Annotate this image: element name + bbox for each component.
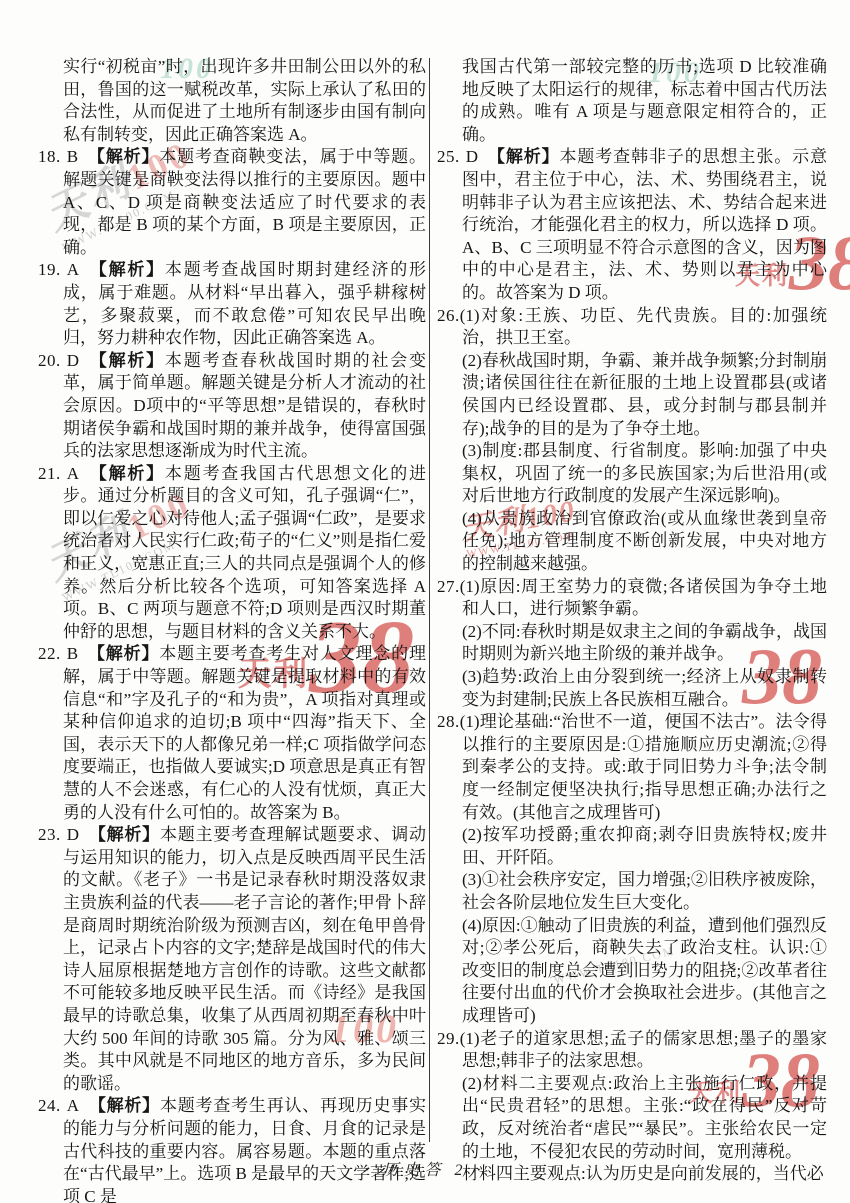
analysis-label: 【解析】 <box>487 147 559 166</box>
answer-item-25: 25.D【解析】本题考查韩非子的思想主张。示意图中，君主位于中心，法、术、势围绕… <box>437 146 827 304</box>
answer-item-23: 23.D【解析】本题主要考查理解试题要求、调动与运用知识的能力，切入点是反映西周… <box>38 824 426 1095</box>
analysis-label: 【解析】 <box>88 1096 160 1115</box>
analysis-text: 本题主要考查考生对人文理念的理解，属于中等题。解题关键是提取材料中的有效信息“和… <box>63 644 426 821</box>
answer-text: (1)对象:王族、功臣、先代贵族。目的:加强统治，拱卫王室。 <box>460 306 827 348</box>
answer-sub-paragraph: (2)不同:春秋时期是奴隶主之间的争霸战争，战国时期则为新兴地主阶级的兼并战争。 <box>437 621 827 666</box>
analysis-text: 本题主要考查理解试题要求、调动与运用知识的能力，切入点是反映西周平民生活的文献。… <box>63 825 426 1093</box>
question-number: 27. <box>437 577 460 596</box>
answer-sub-paragraph: 29.(1)老子的道家思想;孟子的儒家思想;墨子的墨家思想;韩非子的法家思想。 <box>437 1028 827 1073</box>
question-number: 29. <box>437 1029 460 1048</box>
answer-sub-paragraph: (2)材料二主要观点:政治上主张施行仁政，并提出“民贵君轻”的思想。主张:“政在… <box>437 1073 827 1163</box>
answer-item-28: 28.(1)理论基础:“治世不一道，便国不法古”。法令得以推行的主要原因是:①措… <box>437 711 827 1027</box>
answer-sub-paragraph: 27.(1)原因:周王室势力的衰微;各诸侯国为争夺土地和人口，进行频繁争霸。 <box>437 576 827 621</box>
question-number: 18. <box>38 147 61 166</box>
question-number: 25. <box>437 147 460 166</box>
question-number: 19. <box>38 260 61 279</box>
page-footer: · 历史答 2 · <box>0 1157 850 1180</box>
answer-letter: D <box>67 825 79 844</box>
analysis-label: 【解析】 <box>87 644 159 663</box>
answer-sub-paragraph: 28.(1)理论基础:“治世不一道，便国不法古”。法令得以推行的主要原因是:①措… <box>437 711 827 824</box>
answer-sub-paragraph: 26.(1)对象:王族、功臣、先代贵族。目的:加强统治，拱卫王室。 <box>437 305 827 350</box>
answer-letter: B <box>67 147 78 166</box>
analysis-label: 【解析】 <box>87 147 159 166</box>
answer-letter: A <box>67 464 79 483</box>
answer-letter: D <box>466 147 478 166</box>
answer-sub-paragraph: (4)从贵族政治到官僚政治(或从血缘世袭到皇帝任免);地方管理制度不断创新发展，… <box>437 508 827 576</box>
analysis-label: 【解析】 <box>88 464 165 483</box>
answer-text: (1)原因:周王室势力的衰微;各诸侯国为争夺土地和人口，进行频繁争霸。 <box>460 577 827 619</box>
question-number: 28. <box>437 712 460 731</box>
question-number: 20. <box>38 351 61 370</box>
answer-letter: D <box>67 351 79 370</box>
question-number: 21. <box>38 464 61 483</box>
analysis-label: 【解析】 <box>88 351 165 370</box>
answer-sub-paragraph: (2)春秋战国时期，争霸、兼并战争频繁;分封制崩溃;诸侯国往往在新征服的土地上设… <box>437 350 827 440</box>
answer-sub-paragraph: (3)制度:郡县制度、行省制度。影响:加强了中央集权，巩固了统一的多民族国家;为… <box>437 440 827 508</box>
continuation-paragraph: 我国古代第一部较完整的历书;选项 D 比较准确地反映了太阳运行的规律，标志着中国… <box>437 56 827 146</box>
analysis-label: 【解析】 <box>88 825 160 844</box>
left-column: 实行“初税亩”时，出现许多井田制公田以外的私田，鲁国的这一赋税改革，实际上承认了… <box>38 56 426 1203</box>
answer-item-21: 21.A【解析】本题考查我国古代思想文化的进步。通过分析题目的含义可知，孔子强调… <box>38 463 426 644</box>
question-number: 22. <box>38 644 61 663</box>
answer-text: (1)理论基础:“治世不一道，便国不法古”。法令得以推行的主要原因是:①措施顺应… <box>460 712 827 821</box>
answer-item-22: 22.B【解析】本题主要考查考生对人文理念的理解，属于中等题。解题关键是提取材料… <box>38 643 426 824</box>
answer-sub-paragraph: (3)趋势:政治上由分裂到统一;经济上从奴隶制转变为封建制;民族上各民族相互融合… <box>437 666 827 711</box>
question-number: 24. <box>38 1096 61 1115</box>
question-number: 26. <box>437 306 460 325</box>
answer-sub-paragraph: (4)原因:①触动了旧贵族的利益，遭到他们强烈反对;②孝公死后，商鞅失去了政治支… <box>437 915 827 1028</box>
answer-item-19: 19.A【解析】本题考查战国时期封建经济的形成，属于难题。从材料“早出暮入，强乎… <box>38 259 426 349</box>
answer-sheet-page: 100 100 天利100 WWW.TL100.COM 天利38 天利100 W… <box>0 0 850 1203</box>
answer-sub-paragraph: (2)按军功授爵;重农抑商;剥夺旧贵族特权;废井田、开阡陌。 <box>437 824 827 869</box>
answer-sub-paragraph: (3)①社会秩序安定，国力增强;②旧秩序被废除，社会各阶层地位发生巨大变化。 <box>437 869 827 914</box>
question-number: 23. <box>38 825 61 844</box>
right-column: 我国古代第一部较完整的历书;选项 D 比较准确地反映了太阳运行的规律，标志着中国… <box>437 56 827 1186</box>
answer-letter: A <box>67 260 79 279</box>
answer-item-27: 27.(1)原因:周王室势力的衰微;各诸侯国为争夺土地和人口，进行频繁争霸。 (… <box>437 576 827 712</box>
answer-letter: B <box>67 644 78 663</box>
analysis-text: 本题考查我国古代思想文化的进步。通过分析题目的含义可知，孔子强调“仁”，即以仁爱… <box>63 464 426 641</box>
answer-item-18: 18.B【解析】本题考查商鞅变法，属于中等题。解题关键是商鞅变法得以推行的主要原… <box>38 146 426 259</box>
analysis-text: 本题考查韩非子的思想主张。示意图中，君主位于中心，法、术、势围绕君主，说明韩非子… <box>462 147 827 302</box>
answer-item-20: 20.D【解析】本题考查春秋战国时期的社会变革，属于简单题。解题关键是分析人才流… <box>38 350 426 463</box>
analysis-label: 【解析】 <box>88 260 165 279</box>
answer-item-24: 24.A【解析】本题考查考生再认、再现历史事实的能力与分析问题的能力，日食、月食… <box>38 1095 426 1203</box>
answer-item-26: 26.(1)对象:王族、功臣、先代贵族。目的:加强统治，拱卫王室。 (2)春秋战… <box>437 305 827 576</box>
column-divider <box>429 58 430 1142</box>
answer-text: (1)老子的道家思想;孟子的儒家思想;墨子的墨家思想;韩非子的法家思想。 <box>460 1029 827 1071</box>
continuation-paragraph: 实行“初税亩”时，出现许多井田制公田以外的私田，鲁国的这一赋税改革，实际上承认了… <box>38 56 426 146</box>
answer-letter: A <box>67 1096 79 1115</box>
